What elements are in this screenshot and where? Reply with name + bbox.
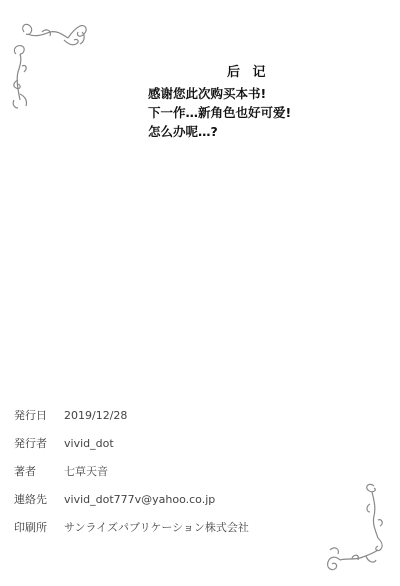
afterword-message: 感谢您此次购买本书! 下一作…新角色也好可爱! 怎么办呢…? xyxy=(148,84,291,141)
colophon-label: 印刷所 xyxy=(14,519,64,535)
colophon-label: 連絡先 xyxy=(14,491,64,507)
afterword-line: 下一作…新角色也好可爱! xyxy=(148,103,291,122)
publish-date: 2019/12/28 xyxy=(64,409,127,422)
colophon-row-publisher: 発行者 vivid_dot xyxy=(14,429,249,457)
colophon-row-author: 著者 七草天音 xyxy=(14,457,249,485)
colophon-row-printer: 印刷所 サンライズパブリケーション株式会社 xyxy=(14,513,249,541)
contact-email: vivid_dot777v@yahoo.co.jp xyxy=(64,493,215,506)
colophon-row-contact: 連絡先 vivid_dot777v@yahoo.co.jp xyxy=(14,485,249,513)
colophon-row-publish-date: 発行日 2019/12/28 xyxy=(14,401,249,429)
publisher: vivid_dot xyxy=(64,437,114,450)
afterword-line: 感谢您此次购买本书! xyxy=(148,84,291,103)
afterword-line: 怎么办呢…? xyxy=(148,122,291,141)
author: 七草天音 xyxy=(64,463,108,479)
floral-corner-ornament-top-left-icon xyxy=(6,10,94,110)
colophon-label: 発行者 xyxy=(14,435,64,451)
colophon: 発行日 2019/12/28 発行者 vivid_dot 著者 七草天音 連絡先… xyxy=(14,401,249,541)
floral-corner-ornament-bottom-right-icon xyxy=(322,478,392,578)
printer: サンライズパブリケーション株式会社 xyxy=(64,519,249,535)
colophon-label: 発行日 xyxy=(14,407,64,423)
afterword-title: 后 记 xyxy=(227,61,270,80)
colophon-label: 著者 xyxy=(14,463,64,479)
